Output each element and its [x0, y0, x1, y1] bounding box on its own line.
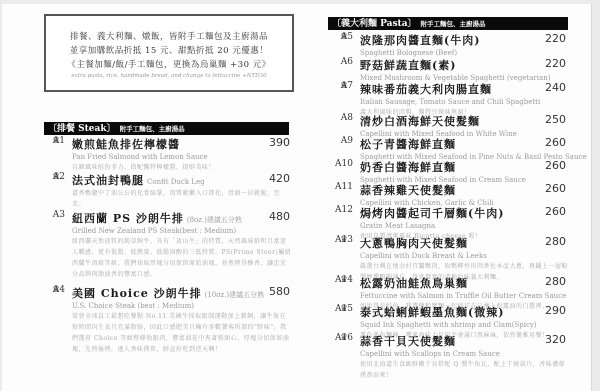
menu-page: 排餐、義大利麵、燉飯，皆附手工麵包及主廚湯品 並享加購飲品折抵 15 元、甜點折…: [2, 4, 592, 391]
item-name-en: Capellini with Duck Breast & Leeks: [360, 251, 566, 261]
item-price: 320: [545, 333, 566, 346]
item-code: A7: [341, 81, 353, 91]
notice-line-1: 排餐、義大利麵、燉飯，皆附手工麵包及主廚湯品: [46, 30, 292, 44]
item-name: 波隆那肉醬直麵(牛肉): [360, 32, 566, 48]
item-name: 松子青醬海鮮直麵: [360, 136, 566, 152]
item-price: 290: [545, 304, 566, 317]
item-description: 榮登全球員工最想吃餐點 No.11 美國牛採取限制運動加上穀飼，讓牛隻在短時間內…: [72, 311, 292, 355]
item-code: A14: [335, 275, 353, 285]
item-name-en: Pan Fried Salmond with Lemon Sauce: [72, 152, 290, 162]
item-code: A5: [341, 32, 353, 42]
item-price: 260: [545, 182, 566, 195]
menu-item-a5: ♛ A5 波隆那肉醬直麵(牛肉) 220 Spaghetti Bolognese…: [360, 32, 566, 58]
item-name: 大蔥鴨胸肉天使髮麵: [360, 235, 566, 251]
item-name: 奶香白醬海鮮直麵: [360, 159, 566, 175]
item-portion-note: (10oz.)建議五分熟: [205, 291, 265, 299]
item-description: 使用北海道生食級鮮嫩干貝搭配 Q 彈牛角瓦，配上干燒蒜片，香味濃郁撲鼻而來！: [360, 359, 570, 381]
item-price: 260: [545, 205, 566, 218]
item-code: A16: [335, 333, 353, 343]
item-price: 580: [269, 285, 290, 298]
item-price: 220: [545, 57, 566, 70]
menu-item-a6: A6 野菇鮮蔬直麵(素) 220 Mixed Mushroom & Vegeta…: [360, 57, 566, 83]
menu-item-a1: ♛ A1 嫩煎鮭魚排佐檸檬醬 390 Pan Fried Salmond wit…: [72, 136, 290, 173]
notice-line-2: 並享加購飲品折抵 15 元、甜點折抵 20 元優惠！: [46, 44, 292, 58]
item-name: 清炒白酒海鮮天使髮麵: [360, 113, 566, 129]
item-name: 野菇鮮蔬直麵(素): [360, 57, 566, 73]
item-code: A2: [53, 172, 65, 182]
section-title: 〔義大利麵 Pasta〕: [332, 19, 417, 29]
item-code: A3: [53, 210, 65, 220]
item-name-en: U.S. Choice Steak (best : Medium): [72, 301, 290, 311]
item-name: 蒜香干貝天使髮麵: [360, 333, 566, 349]
item-description: 道香鴨腿中了油公公的化骨綿掌，肉質軟嫩入口即化，骨頭一拉就脫，完美。: [72, 188, 292, 210]
item-price: 220: [545, 32, 566, 45]
section-subtitle: 附手工麵包、主廚湯品: [120, 125, 185, 133]
item-price: 260: [545, 159, 566, 172]
menu-item-a4: ♛ A4 美國 Choice 沙朗牛排(10oz.)建議五分熟 580 U.S.…: [72, 285, 290, 355]
notice-box: 排餐、義大利麵、燉飯，皆附手工麵包及主廚湯品 並享加購飲品折抵 15 元、甜點折…: [44, 14, 294, 92]
section-title: 〔排餐 Steak〕: [48, 124, 116, 134]
item-code: A4: [53, 285, 65, 295]
section-subtitle: 附手工麵包、主廚湯品: [421, 20, 486, 28]
item-code: A8: [341, 113, 353, 123]
item-code: A15: [335, 304, 353, 314]
item-name: 美國 Choice 沙朗牛排: [72, 287, 202, 300]
item-code: A12: [335, 205, 353, 215]
item-code: A6: [341, 57, 353, 67]
item-name-en: Confit Duck Leg: [147, 178, 205, 186]
item-name: 紐西蘭 PS 沙朗牛排: [72, 212, 184, 225]
notice-line-en: extra pasta, rice, handmade bread, and c…: [46, 73, 292, 79]
item-name-en: Italian Sausage, Tomato Sauce and Chili …: [360, 97, 566, 107]
item-name-en: Gratin Meat Lasagna: [360, 221, 566, 231]
item-price: 390: [269, 136, 290, 149]
item-price: 280: [545, 235, 566, 248]
item-name-en: Fettuccine with Salmon in Truffle Oil Bu…: [360, 291, 566, 301]
item-description: 紐西蘭天然放牧的純草飼牛，具有「放山牛」的特質，天然風味鮮明且富迷人嚼感，更有低…: [72, 236, 292, 280]
item-code: A11: [335, 182, 353, 192]
item-name-en: Grilled New Zealand PS Steak(best : Medi…: [72, 226, 290, 236]
item-name: 泰式蛤蜊鮮蝦墨魚麵(微辣): [360, 304, 566, 320]
menu-item-a2: ♛ A2 法式油封鴨腿Confit Duck Leg 420 道香鴨腿中了油公公…: [72, 172, 290, 210]
item-name: 辣味番茄義大利肉腸直麵: [360, 81, 566, 97]
item-price: 260: [545, 136, 566, 149]
item-code: A13: [335, 235, 353, 245]
item-price: 240: [545, 81, 566, 94]
menu-item-a3: A3 紐西蘭 PS 沙朗牛排(8oz.)建議五分熟 480 Grilled Ne…: [72, 210, 290, 280]
item-name: 松露奶油鮭魚鳥巢麵: [360, 275, 566, 291]
item-price: 250: [545, 113, 566, 126]
item-name: 法式油封鴨腿: [72, 174, 144, 187]
section-header-steak: 〔排餐 Steak〕附手工麵包、主廚湯品: [44, 122, 289, 135]
item-price: 420: [269, 172, 290, 185]
item-name: 嫩煎鮭魚排佐檸檬醬: [72, 136, 290, 152]
item-code: A1: [53, 136, 65, 146]
item-name: 蒜香辣雞天使髮麵: [360, 182, 566, 198]
section-header-pasta: 〔義大利麵 Pasta〕附手工麵包、主廚湯品: [328, 17, 568, 30]
item-price: 480: [269, 210, 290, 223]
item-code: A10: [335, 159, 353, 169]
item-portion-note: (8oz.)建議五分熟: [187, 216, 242, 224]
item-name-en: Squid Ink Spaghetti with shrimp and Clam…: [360, 320, 566, 330]
menu-item-a16: ♛ A16 蒜香干貝天使髮麵 320 Capellini with Scallo…: [360, 333, 566, 381]
item-name: 焗烤肉醬起司千層麵(牛肉): [360, 205, 566, 221]
notice-line-3: 《主餐加麵/飯/手工麵包，更換為烏巢麵 +30 元》: [46, 58, 292, 72]
item-price: 280: [545, 275, 566, 288]
item-name-en: Capellini with Scallops in Cream Sauce: [360, 349, 566, 359]
item-code: A9: [341, 136, 353, 146]
